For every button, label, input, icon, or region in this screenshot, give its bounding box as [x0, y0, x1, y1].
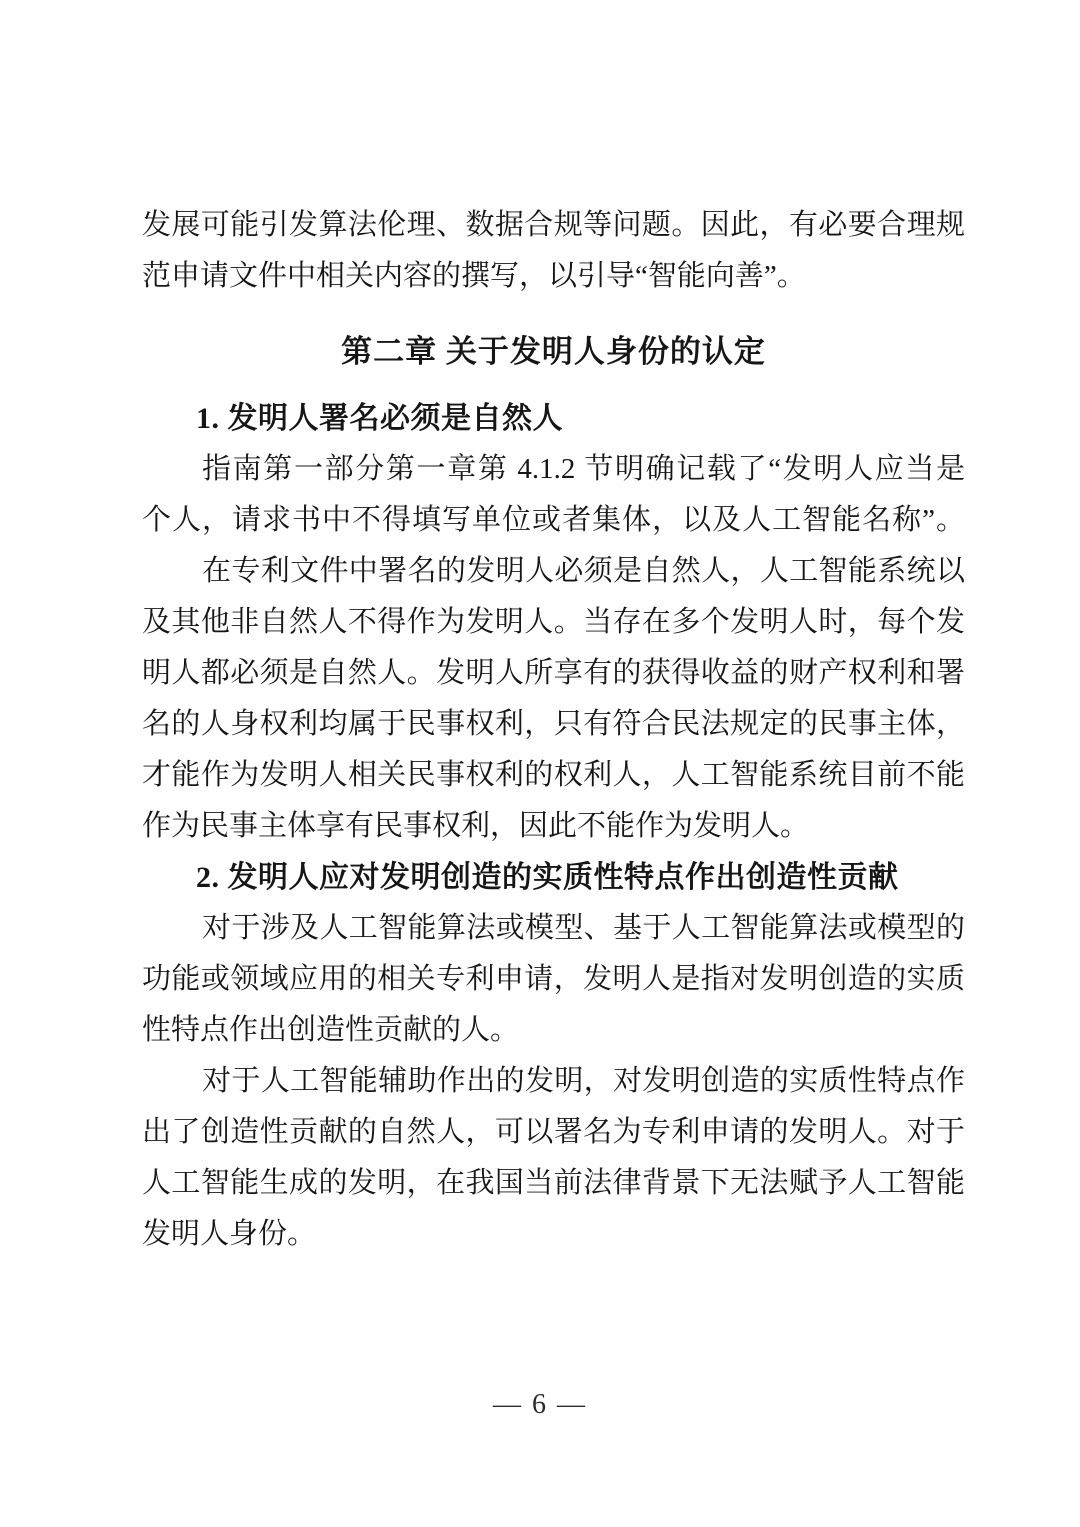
- section-heading-1: 1. 发明人署名必须是自然人: [142, 393, 965, 444]
- document-body: 发展可能引发算法伦理、数据合规等问题。因此，有必要合理规 范申请文件中相关内容的…: [142, 0, 965, 1260]
- text-line: 人工智能生成的发明，在我国当前法律背景下无法赋予人工智能: [142, 1158, 965, 1209]
- text-line: 发展可能引发算法伦理、数据合规等问题。因此，有必要合理规: [142, 200, 965, 251]
- paragraph-creative-contribution: 对于涉及人工智能算法或模型、基于人工智能算法或模型的 功能或领域应用的相关专利申…: [142, 903, 965, 1056]
- page-footer: — 6 —: [0, 1388, 1080, 1422]
- text-line: 功能或领域应用的相关专利申请，发明人是指对发明创造的实质: [142, 954, 965, 1005]
- text-line: 对于涉及人工智能算法或模型、基于人工智能算法或模型的: [142, 903, 965, 954]
- paragraph-continuation: 发展可能引发算法伦理、数据合规等问题。因此，有必要合理规 范申请文件中相关内容的…: [142, 200, 965, 302]
- text-line: 指南第一部分第一章第 4.1.2 节明确记载了“发明人应当是: [142, 444, 965, 495]
- paragraph-natural-person: 在专利文件中署名的发明人必须是自然人，人工智能系统以 及其他非自然人不得作为发明…: [142, 546, 965, 852]
- document-page: 发展可能引发算法伦理、数据合规等问题。因此，有必要合理规 范申请文件中相关内容的…: [0, 0, 1080, 1527]
- chapter-heading: 第二章 关于发明人身份的认定: [142, 326, 965, 377]
- text-line: 范申请文件中相关内容的撰写，以引导“智能向善”。: [142, 251, 965, 302]
- paragraph-guideline-quote: 指南第一部分第一章第 4.1.2 节明确记载了“发明人应当是 个人，请求书中不得…: [142, 444, 965, 546]
- text-line: 及其他非自然人不得作为发明人。当存在多个发明人时，每个发: [142, 597, 965, 648]
- section-heading-2: 2. 发明人应对发明创造的实质性特点作出创造性贡献: [142, 852, 965, 903]
- text-line: 明人都必须是自然人。发明人所享有的获得收益的财产权利和署: [142, 648, 965, 699]
- page-number: — 6 —: [493, 1389, 587, 1420]
- text-line: 个人，请求书中不得填写单位或者集体，以及人工智能名称”。: [142, 495, 965, 546]
- text-line: 发明人身份。: [142, 1209, 965, 1260]
- text-line: 名的人身权利均属于民事权利，只有符合民法规定的民事主体，: [142, 699, 965, 750]
- text-line: 才能作为发明人相关民事权利的权利人，人工智能系统目前不能: [142, 750, 965, 801]
- text-line: 在专利文件中署名的发明人必须是自然人，人工智能系统以: [142, 546, 965, 597]
- text-line: 出了创造性贡献的自然人，可以署名为专利申请的发明人。对于: [142, 1107, 965, 1158]
- text-line: 对于人工智能辅助作出的发明，对发明创造的实质性特点作: [142, 1056, 965, 1107]
- text-line: 性特点作出创造性贡献的人。: [142, 1005, 965, 1056]
- paragraph-ai-assisted-invention: 对于人工智能辅助作出的发明，对发明创造的实质性特点作 出了创造性贡献的自然人，可…: [142, 1056, 965, 1260]
- text-line: 作为民事主体享有民事权利，因此不能作为发明人。: [142, 801, 965, 852]
